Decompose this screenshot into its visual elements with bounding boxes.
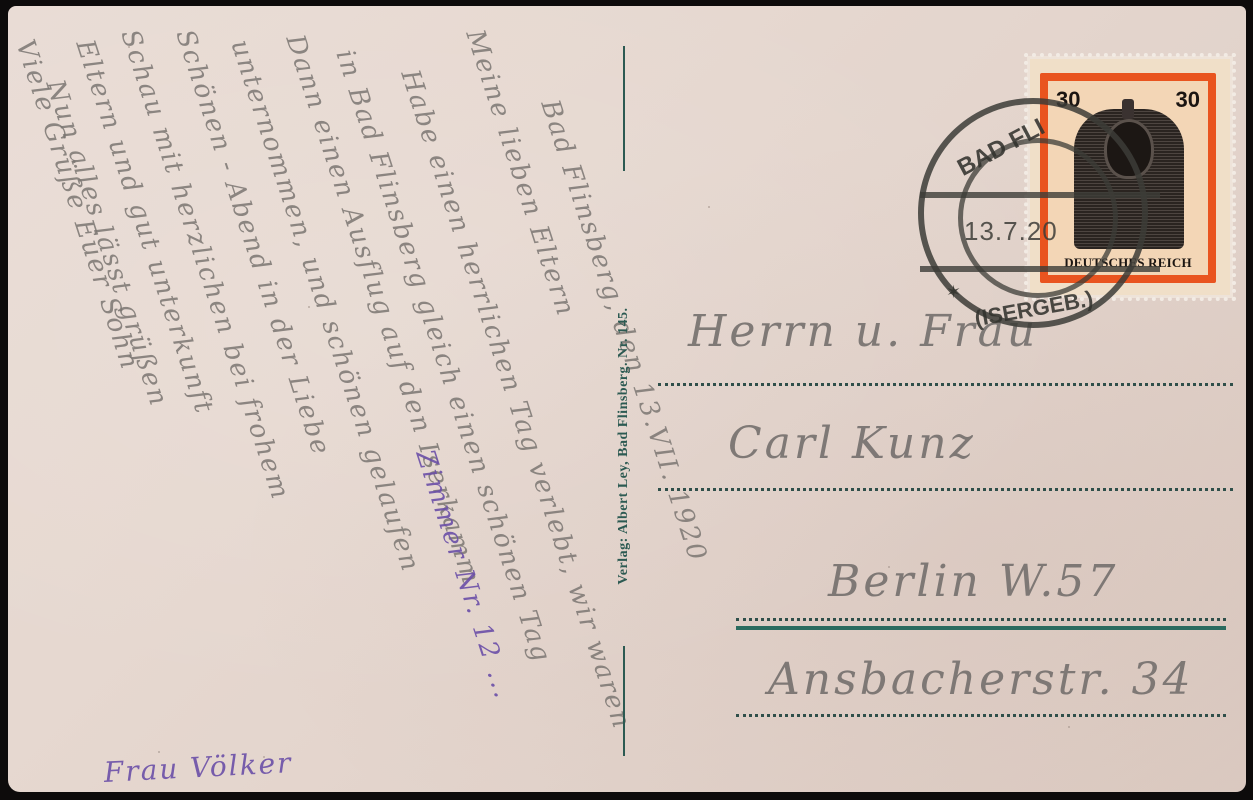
address-line-4: Ansbacherstr. 34 xyxy=(768,654,1194,705)
postcard: Bad Flinsberg, den 13.VII. 1920 Meine li… xyxy=(8,6,1246,792)
address-dotted-line xyxy=(736,714,1226,717)
address-dotted-line xyxy=(658,488,1233,491)
divider-line-top xyxy=(623,46,625,171)
address-solid-line xyxy=(736,626,1226,630)
address-dotted-line xyxy=(736,618,1226,621)
publisher-imprint: Verlag: Albert Ley, Bad Flinsberg. Nr. 1… xyxy=(604,46,644,766)
postmark-date: 13.7.20 xyxy=(964,216,1058,247)
crown-icon xyxy=(1122,99,1134,119)
address-line-2: Carl Kunz xyxy=(728,418,976,469)
paper-speck xyxy=(708,206,710,208)
postmark-bar xyxy=(920,192,1160,198)
imprint-text: Verlag: Albert Ley, Bad Flinsberg. Nr. 1… xyxy=(616,307,632,584)
star-icon: ✶ xyxy=(946,282,961,303)
divider-line-bottom xyxy=(623,646,625,756)
stamp-value-right: 30 xyxy=(1176,87,1200,113)
postmark-bar xyxy=(920,266,1160,272)
paper-speck xyxy=(1068,726,1070,728)
address-dotted-line xyxy=(658,383,1233,386)
message-signature: Frau Völker xyxy=(103,746,293,789)
postmark-cancel: BAD FLI 13.7.20 ✶ (ISERGEB.) xyxy=(918,98,1148,328)
address-line-3: Berlin W.57 xyxy=(828,556,1118,607)
handwritten-message: Bad Flinsberg, den 13.VII. 1920 Meine li… xyxy=(18,16,603,786)
